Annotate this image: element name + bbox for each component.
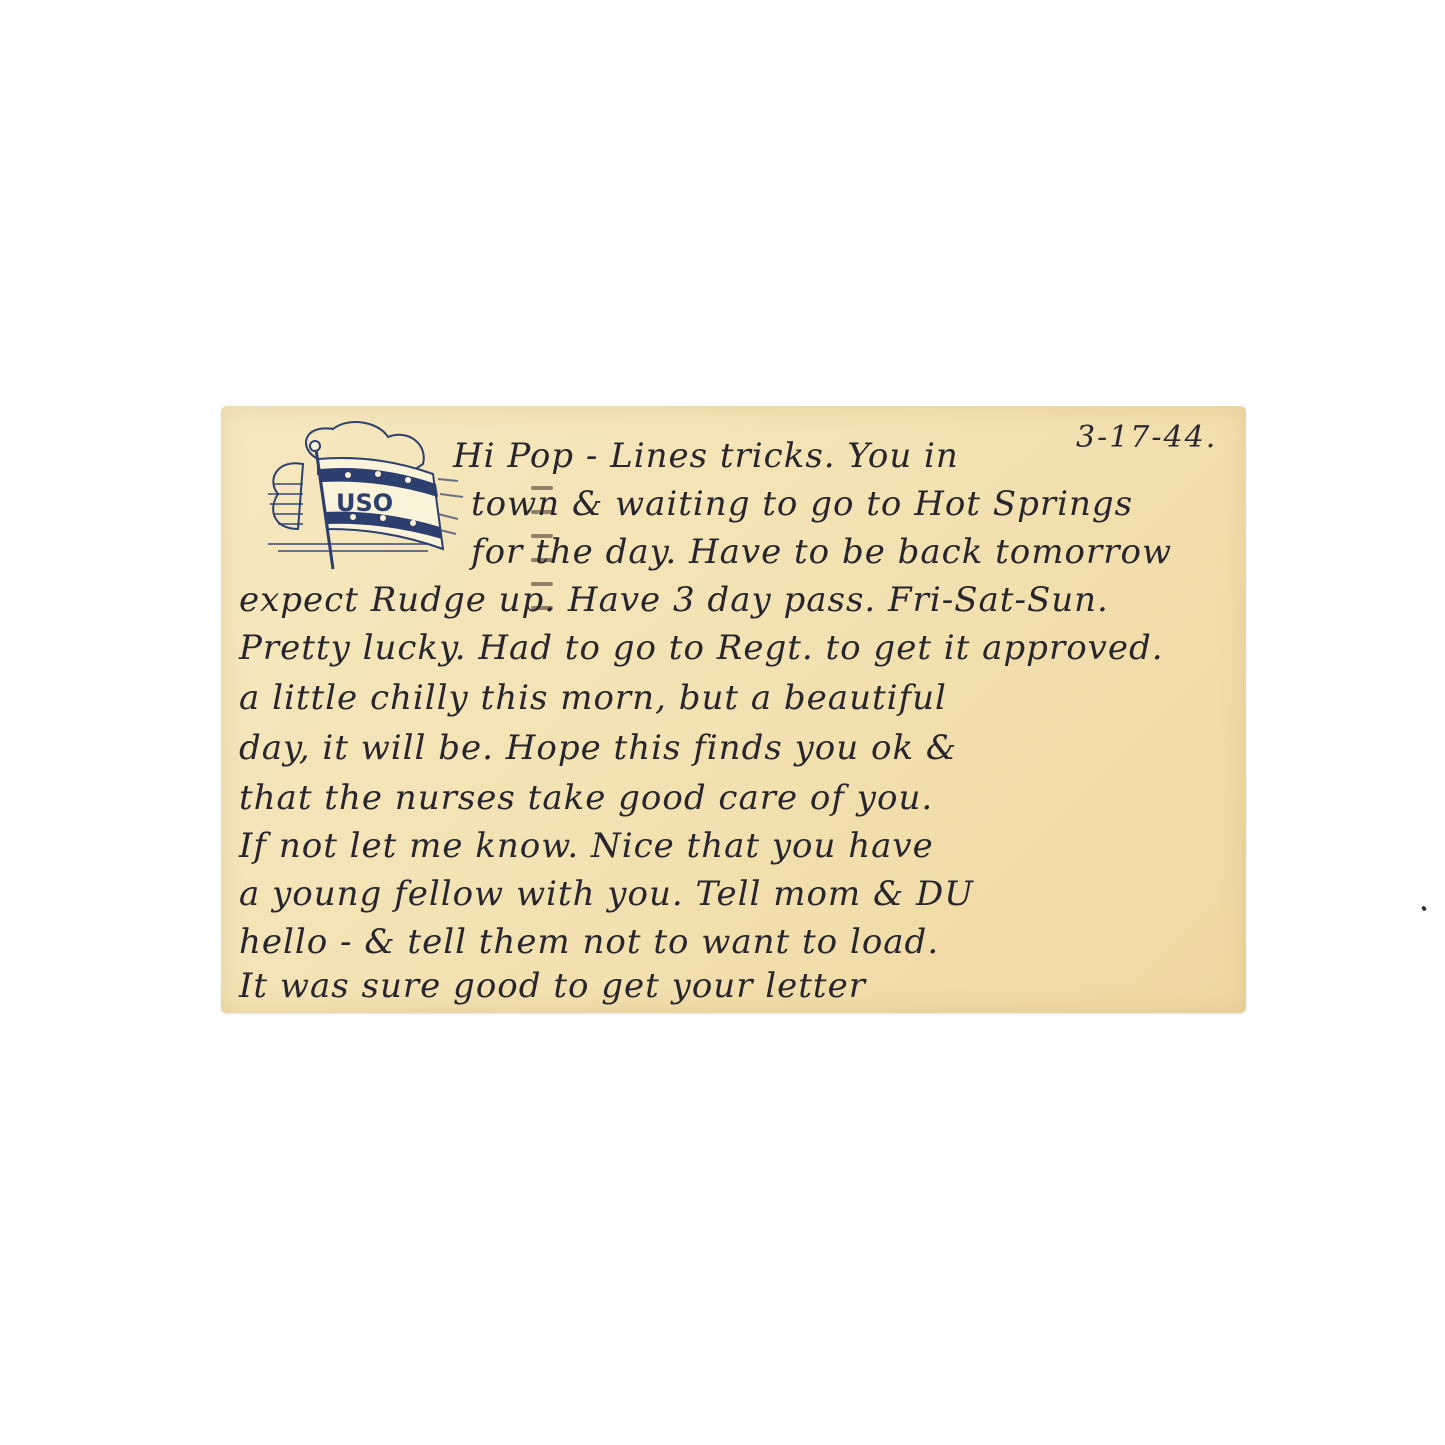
letter-line: If not let me know. Nice that you have xyxy=(239,826,934,866)
letter-line: Hi Pop - Lines tricks. You in xyxy=(453,436,959,476)
letter-line: a little chilly this morn, but a beautif… xyxy=(239,678,947,718)
uso-flag-logo: USO xyxy=(258,419,468,579)
letter-line: a young fellow with you. Tell mom & DU xyxy=(239,874,974,914)
letter-line: town & waiting to go to Hot Springs xyxy=(471,484,1133,524)
letter-line: It was sure good to get your letter xyxy=(239,966,866,1006)
letter-line: day, it will be. Hope this finds you ok … xyxy=(239,728,957,768)
postcard: USO 3-17-44. Hi Pop - Lines tricks. You … xyxy=(221,406,1246,1013)
letter-line: for the day. Have to be back tomorrow xyxy=(471,532,1172,572)
letter-line: that the nurses take good care of you. xyxy=(239,778,933,818)
logo-text: USO xyxy=(336,489,393,517)
letter-line: hello - & tell them not to want to load. xyxy=(239,922,939,962)
letter-line: expect Rudge up. Have 3 day pass. Fri-Sa… xyxy=(239,580,1109,620)
dust-speck xyxy=(1421,905,1427,911)
letter-date: 3-17-44. xyxy=(1076,420,1217,455)
letter-line: Pretty lucky. Had to go to Regt. to get … xyxy=(239,628,1164,668)
